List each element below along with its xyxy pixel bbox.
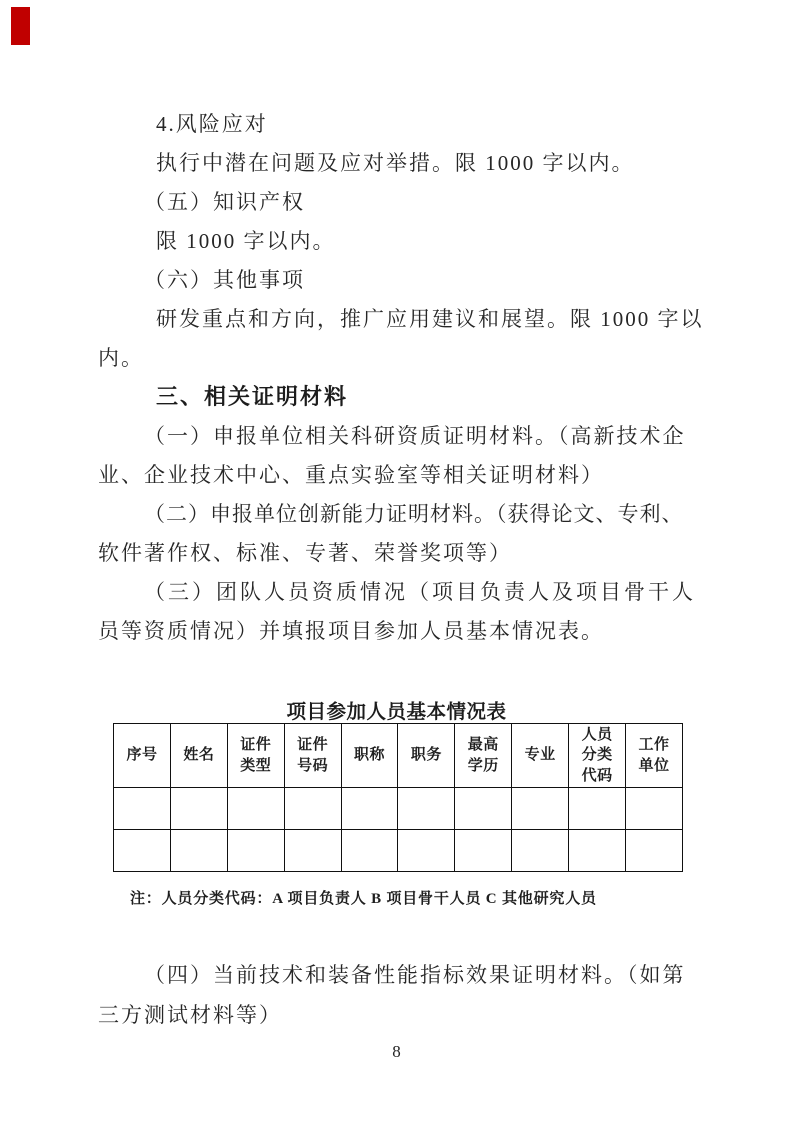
table-empty-cell bbox=[227, 788, 284, 830]
body-line: 软件著作权、标准、专著、荣誉奖项等） bbox=[98, 541, 512, 566]
section-heading: 三、相关证明材料 bbox=[156, 384, 348, 409]
table-empty-cell bbox=[455, 830, 512, 872]
table-empty-cell bbox=[512, 788, 569, 830]
table-empty-cell bbox=[569, 830, 626, 872]
table-empty-cell bbox=[569, 788, 626, 830]
table-header-cell: 证件 类型 bbox=[227, 724, 284, 788]
table-empty-cell bbox=[626, 788, 683, 830]
table-empty-cell bbox=[455, 788, 512, 830]
table-header-cell: 职称 bbox=[341, 724, 398, 788]
table-header-cell: 序号 bbox=[114, 724, 171, 788]
table-empty-cell bbox=[341, 830, 398, 872]
body-line: （六）其他事项 bbox=[144, 268, 305, 293]
table-empty-cell bbox=[512, 830, 569, 872]
body-line: 业、企业技术中心、重点实验室等相关证明材料） bbox=[98, 463, 604, 488]
body-line: （五）知识产权 bbox=[144, 190, 305, 215]
table-empty-cell bbox=[284, 830, 341, 872]
table-empty-cell bbox=[227, 830, 284, 872]
body-line: （四）当前技术和装备性能指标效果证明材料。（如第 bbox=[144, 963, 686, 988]
table-header-cell: 证件 号码 bbox=[284, 724, 341, 788]
table-row bbox=[114, 788, 683, 830]
table-empty-cell bbox=[170, 830, 227, 872]
table-empty-cell bbox=[341, 788, 398, 830]
table-header-cell: 工作 单位 bbox=[626, 724, 683, 788]
table-header-row: 序号 姓名 证件 类型 证件 号码 职称 职务 最高 学历 专业 人员 分类 代… bbox=[114, 724, 683, 788]
table-empty-cell bbox=[170, 788, 227, 830]
page-number: 8 bbox=[0, 1042, 793, 1062]
red-mark-artifact bbox=[11, 7, 30, 45]
table-empty-cell bbox=[114, 830, 171, 872]
body-line: 限 1000 字以内。 bbox=[156, 229, 336, 254]
table-empty-cell bbox=[398, 830, 455, 872]
body-line: 4.风险应对 bbox=[156, 112, 268, 137]
body-line: 执行中潜在问题及应对举措。限 1000 字以内。 bbox=[156, 151, 635, 176]
personnel-table: 序号 姓名 证件 类型 证件 号码 职称 职务 最高 学历 专业 人员 分类 代… bbox=[113, 723, 683, 872]
table-note: 注：人员分类代码：A 项目负责人 B 项目骨干人员 C 其他研究人员 bbox=[130, 887, 597, 908]
body-line: 员等资质情况）并填报项目参加人员基本情况表。 bbox=[98, 619, 604, 644]
body-line: 三方测试材料等） bbox=[98, 1003, 282, 1028]
body-line: 内。 bbox=[98, 346, 144, 371]
table-title: 项目参加人员基本情况表 bbox=[0, 696, 793, 724]
table-header-cell: 专业 bbox=[512, 724, 569, 788]
table-header-cell: 最高 学历 bbox=[455, 724, 512, 788]
body-line: （一）申报单位相关科研资质证明材料。（高新技术企 bbox=[144, 424, 686, 449]
table-row bbox=[114, 830, 683, 872]
table-header-cell: 姓名 bbox=[170, 724, 227, 788]
table-empty-cell bbox=[398, 788, 455, 830]
document-page: 4.风险应对 执行中潜在问题及应对举措。限 1000 字以内。 （五）知识产权 … bbox=[0, 0, 793, 1122]
table-header-cell: 人员 分类 代码 bbox=[569, 724, 626, 788]
body-line: 研发重点和方向，推广应用建议和展望。限 1000 字以 bbox=[156, 307, 704, 332]
body-line: （三）团队人员资质情况（项目负责人及项目骨干人 bbox=[144, 580, 696, 605]
table-empty-cell bbox=[284, 788, 341, 830]
body-line: （二）申报单位创新能力证明材料。（获得论文、专利、 bbox=[144, 502, 684, 527]
table-empty-cell bbox=[626, 830, 683, 872]
table-empty-cell bbox=[114, 788, 171, 830]
table-header-cell: 职务 bbox=[398, 724, 455, 788]
